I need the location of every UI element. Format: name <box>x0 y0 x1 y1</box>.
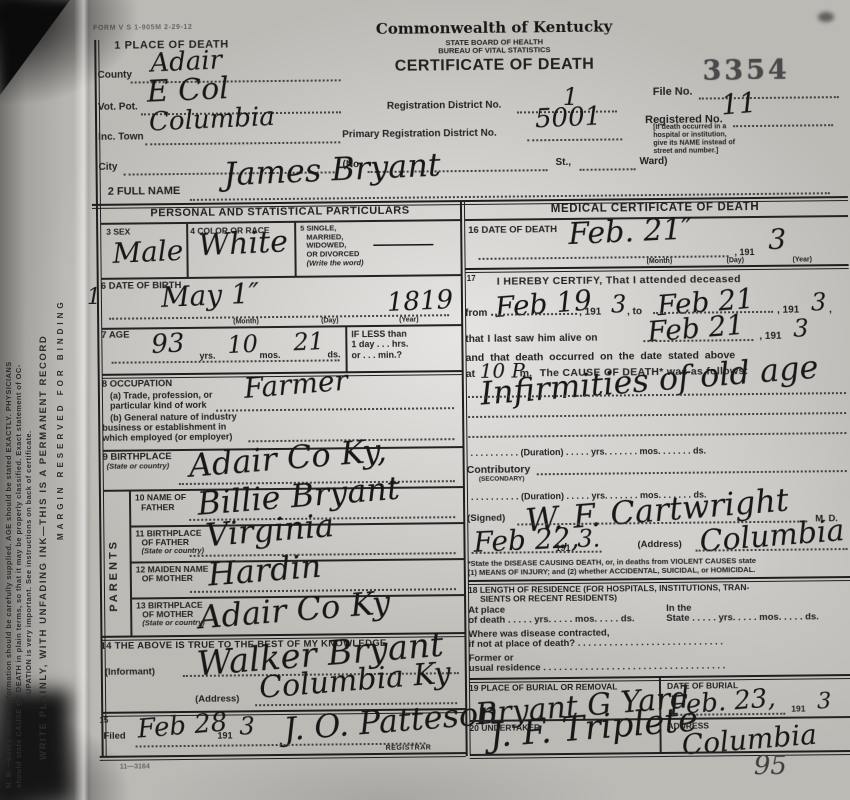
city-label: City <box>98 162 117 174</box>
margin-note-nb-line2: should state CAUSE OF DEATH in plain ter… <box>14 364 23 788</box>
rule-under-dod <box>465 264 849 273</box>
race-value: White <box>198 228 289 259</box>
dod-year-hint: (Year) <box>793 256 813 264</box>
marital-label-block: 5 SINGLE, MARRIED, WIDOWED, OR DIVORCED … <box>300 224 363 268</box>
at-label: at <box>466 368 475 380</box>
contributory-label: Contributory <box>467 463 531 476</box>
dod-label: 16 DATE OF DEATH <box>468 225 557 237</box>
mother-bp-value: Adair Co Ky <box>197 588 391 632</box>
signed-year-hand: 3. <box>577 529 600 551</box>
registration-district-label: Registration District No. <box>387 100 502 113</box>
age-label: 7 AGE <box>101 331 129 342</box>
form-code: FORM V S 1-905M 2-29-12 <box>93 24 192 33</box>
file-no-label: File No. <box>653 86 693 99</box>
margin-note-write-plainly: WRITE PLAINLY, WITH UNFADING INK—THIS IS… <box>38 335 49 760</box>
informant-label: (Informant) <box>105 667 155 678</box>
hospital-note-line4: street and number.] <box>653 146 843 156</box>
filed-year-hand: 3 <box>239 716 255 738</box>
burial-year-hand: 3 <box>817 692 831 712</box>
age-ds-label: ds. <box>327 349 340 359</box>
full-name-label: 2 FULL NAME <box>108 185 181 198</box>
parents-inner-border <box>129 490 132 638</box>
father-name-label2: FATHER <box>141 503 174 513</box>
street-dotted <box>580 168 636 171</box>
left-column-bottom-rule <box>100 752 466 761</box>
cause-footnote-line2: (1) MEANS OF INJURY; and (2) whether ACC… <box>468 566 756 578</box>
certify-saw-year-hand: 3 <box>793 318 809 340</box>
certify-saw-year-printed: , 191 <box>759 331 781 343</box>
certify-item-no: 17 <box>467 274 476 283</box>
age-years-value: 93 <box>151 332 185 357</box>
primary-district-label: Primary Registration District No. <box>342 128 497 141</box>
filed-item-no: 15 <box>99 716 108 725</box>
contracted-line2: if not at place of death? . . . . . . . … <box>469 637 724 651</box>
primary-district-dotted <box>527 138 622 141</box>
inc-town-dotted <box>145 141 340 145</box>
margin-note-nb-line1: N. B.—Every item of information should b… <box>4 361 13 788</box>
cause-dotted-3 <box>468 432 846 438</box>
certify-from-year-hand: 3 <box>611 294 627 316</box>
filed-date-value: Feb 28 <box>137 711 229 742</box>
marital-value: ——— <box>372 234 432 254</box>
filed-dotted <box>136 742 426 747</box>
inc-town-value: Columbia <box>149 106 276 135</box>
rule-under-sex-row <box>101 274 461 279</box>
dob-day-hint: (Day) <box>321 317 339 325</box>
ward-label: Ward) <box>639 156 667 168</box>
death-certificate-form: FORM V S 1-905M 2-29-12 1 PLACE OF DEATH… <box>84 8 850 794</box>
dod-year-hand: 3 <box>768 227 786 252</box>
physician-address-label: (Address) <box>637 540 681 551</box>
age-days-value: 21 <box>293 331 324 354</box>
certify-from-year-printed: , 191 <box>579 307 601 319</box>
certificate-title: CERTIFICATE OF DEATH <box>364 55 624 76</box>
street-label: St., <box>555 157 571 169</box>
county-label: County <box>98 70 133 82</box>
race-marital-divider <box>294 222 296 276</box>
occupation-a2: particular kind of work <box>110 400 207 411</box>
occupation-value: Farmer <box>243 368 349 401</box>
parents-label: PARENTS <box>107 522 121 612</box>
sex-value: Male <box>112 238 184 266</box>
if-less-line2: 1 day . . . hrs. <box>351 339 408 350</box>
age-yrs-label: yrs. <box>199 351 215 362</box>
if-less-line1: IF LESS than <box>351 329 408 340</box>
mother-name-value: Hardin <box>207 552 323 590</box>
burial-year-printed: 191 <box>791 704 805 714</box>
signed-label: (Signed) <box>467 514 505 525</box>
secondary-label: (SECONDARY) <box>479 475 525 483</box>
if-less-line3: or . . . min.? <box>351 349 408 360</box>
primary-district-value: 5001 <box>535 105 602 131</box>
certify-last-saw: that I last saw him alive on <box>465 333 597 346</box>
full-name-value: James Bryant <box>223 151 441 190</box>
dob-value: May 1″ <box>160 280 259 310</box>
margin-note-binding: MARGIN RESERVED FOR BINDING <box>56 298 65 540</box>
mother-name-label2: OF MOTHER <box>142 574 193 584</box>
mother-bp-label3: (State or country) <box>142 619 205 628</box>
votpot-label: Vot. Pot. <box>98 101 138 113</box>
former-line2: usual residence . . . . . . . . . . . . … <box>469 661 726 675</box>
inc-town-label: Inc. Town <box>98 131 143 143</box>
age-mos-label: mos. <box>259 350 280 361</box>
dod-day-hint: (Day) <box>727 257 745 265</box>
votpot-value: E Col <box>146 75 229 106</box>
filed-year-printed: 191 <box>217 730 232 741</box>
certify-to-label: , to <box>627 306 642 318</box>
dod-year-printed: , 191 <box>734 247 754 258</box>
personal-section-title: PERSONAL AND STATISTICAL PARTICULARS <box>104 204 456 220</box>
dob-year-hint: (Year) <box>399 317 419 325</box>
hospital-note: [If death occurred in a hospital or inst… <box>653 122 843 156</box>
in-the-line2: State . . . . . yrs. . . . . mos. . . . … <box>666 612 819 625</box>
cause-duration-row: . . . . . . . . . . (Duration) . . . . .… <box>470 446 706 459</box>
dod-dotted <box>479 255 729 260</box>
dob-stray-mark: 1 <box>87 288 101 308</box>
father-bp-value: Virginia <box>204 511 335 550</box>
commonwealth-line: Commonwealth of Kentucky <box>364 20 624 36</box>
margin-note-nb-line3: CUPATION is very important. See instruct… <box>24 431 33 700</box>
occupation-b3: which employed (or employer) <box>102 431 232 443</box>
if-less-block: IF LESS than 1 day . . . hrs. or . . . m… <box>351 329 408 361</box>
cause-dotted-2 <box>468 412 846 418</box>
marital-line5: (Write the word) <box>307 259 364 268</box>
certify-to-comma: , <box>829 304 832 316</box>
dod-value: Feb. 21″ <box>568 215 694 248</box>
age-months-value: 10 <box>227 334 258 357</box>
informant-address-label: (Address) <box>195 694 239 705</box>
birthplace-hint: (State or country) <box>107 462 170 471</box>
occupation-a-dotted <box>216 407 454 411</box>
dob-year-value: 1819 <box>386 289 453 315</box>
file-no-value: 3354 <box>702 55 789 87</box>
corner-pencil-mark: 95 <box>754 755 787 779</box>
sex-race-divider <box>186 223 188 277</box>
occupation-label: 8 OCCUPATION <box>102 379 172 391</box>
filed-label: Filed <box>103 732 125 743</box>
certify-from-label: from <box>465 308 487 320</box>
registered-no-value: 11 <box>720 90 758 118</box>
plate-print-code: 11—3164 <box>120 763 150 771</box>
at-place-line2: of death . . . . . yrs. . . . . mos. . .… <box>468 614 634 627</box>
residence-label-line2: SIENTS OR RECENT RESIDENTS) <box>480 593 617 604</box>
contributory-dotted <box>537 470 847 475</box>
age-dotted <box>112 359 340 363</box>
certify-to-year-hand: 3 <box>811 292 827 314</box>
commonwealth-header: Commonwealth of Kentucky STATE BOARD OF … <box>364 20 625 76</box>
